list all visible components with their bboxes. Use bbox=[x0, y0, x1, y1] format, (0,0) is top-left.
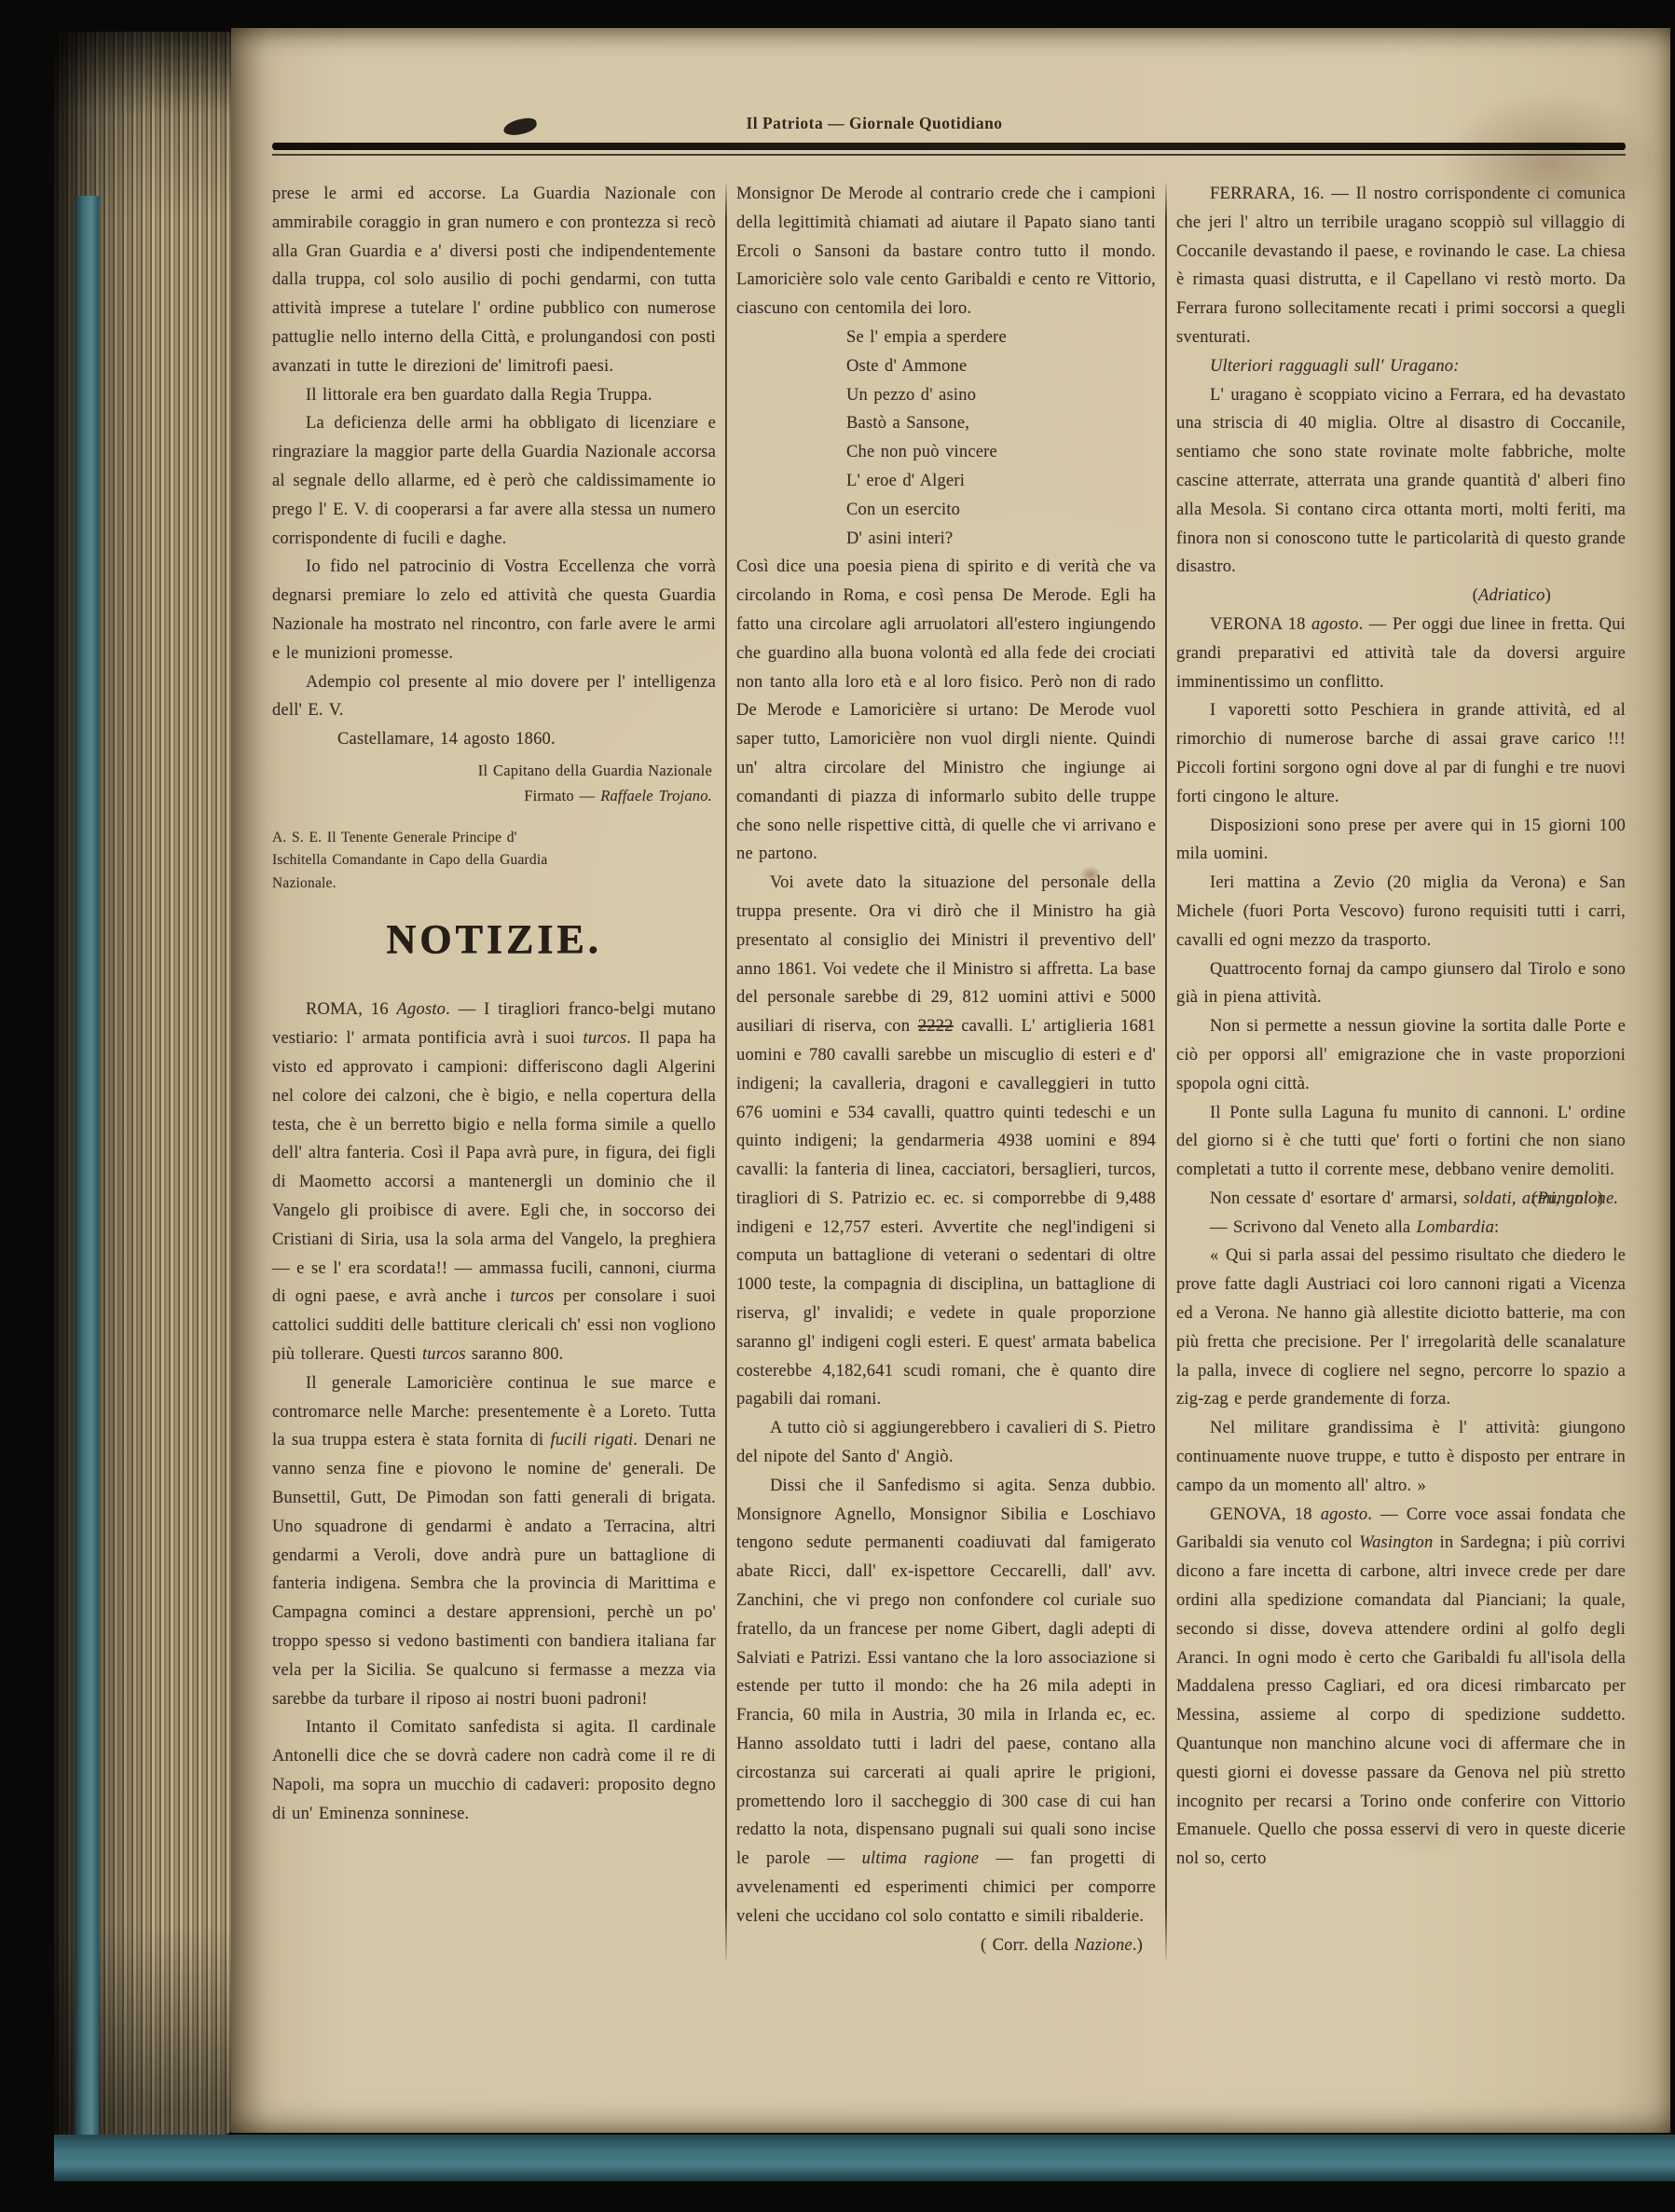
verse-line: D' asini interi? bbox=[846, 525, 1156, 554]
italic-subhead: Ulteriori ragguagli sull' Uragano: bbox=[1176, 352, 1626, 381]
article-paragraph: Nel militare grandissima è l' attività: … bbox=[1176, 1414, 1626, 1500]
article-paragraph: Non cessate d' esortare d' armarsi, sold… bbox=[1176, 1185, 1626, 1214]
italic-text: Lombardia bbox=[1417, 1218, 1494, 1237]
masthead-rule bbox=[272, 143, 1626, 156]
article-paragraph: Intanto il Comitato sanfedista si agita.… bbox=[272, 1713, 716, 1828]
article-paragraph: Così dice una poesia piena di spirito e … bbox=[736, 553, 1156, 869]
article-paragraph: Il Ponte sulla Laguna fu munito di canno… bbox=[1176, 1099, 1626, 1185]
column-right: FERRARA, 16. — Il nostro corrispondente … bbox=[1176, 180, 1626, 1959]
article-paragraph: Quattrocento fornaj da campo giunsero da… bbox=[1176, 955, 1626, 1013]
italic-text: Raffaele Trojano. bbox=[600, 787, 712, 804]
article-paragraph: La deficienza delle armi ha obbligato di… bbox=[272, 409, 716, 553]
column-divider bbox=[1165, 184, 1167, 1959]
italic-text: ultima ragione bbox=[862, 1849, 980, 1868]
italic-text: Adriatico bbox=[1478, 586, 1545, 605]
italic-text: agosto bbox=[1311, 615, 1359, 634]
article-paragraph: GENOVA, 18 agosto. — Corre voce assai fo… bbox=[1176, 1501, 1626, 1874]
italic-text: turcos bbox=[511, 1287, 555, 1306]
book-cover-left-edge bbox=[75, 196, 99, 2163]
article-paragraph: VERONA 18 agosto. — Per oggi due linee i… bbox=[1176, 611, 1626, 696]
source-attribution: (Pungolo) bbox=[1531, 1185, 1603, 1214]
signature-block: Il Capitano della Guardia NazionaleFirma… bbox=[272, 758, 712, 808]
article-paragraph: Dissi che il Sanfedismo si agita. Senza … bbox=[736, 1472, 1156, 1931]
italic-text: agosto bbox=[1321, 1505, 1368, 1524]
article-paragraph: Il littorale era ben guardato dalla Regi… bbox=[272, 381, 716, 410]
article-paragraph: Non si permette a nessun giovine la sort… bbox=[1176, 1012, 1626, 1098]
article-paragraph: Adempio col presente al mio dovere per l… bbox=[272, 668, 716, 726]
article-paragraph: Disposizioni sono prese per avere qui in… bbox=[1176, 812, 1626, 870]
masthead-rule-thin bbox=[272, 154, 1626, 156]
italic-text: Ulteriori ragguagli sull' Uragano: bbox=[1210, 357, 1460, 376]
article-paragraph: A tutto ciò si aggiungerebbero i cavalie… bbox=[736, 1414, 1156, 1472]
signature-line: Firmato — Raffaele Trojano. bbox=[272, 783, 712, 808]
italic-text: fucili rigati bbox=[551, 1431, 634, 1449]
article-paragraph: — Scrivono dal Veneto alla Lombardia: bbox=[1176, 1214, 1626, 1243]
struck-number: 2222 bbox=[918, 1017, 954, 1036]
italic-text: Nazione bbox=[1075, 1936, 1133, 1955]
italic-text: turcos bbox=[422, 1345, 466, 1364]
italic-text: Wasington bbox=[1359, 1533, 1433, 1552]
italic-text: Agosto bbox=[397, 1000, 446, 1019]
masthead-rule-thick bbox=[272, 143, 1626, 150]
signature-line: Il Capitano della Guardia Nazionale bbox=[272, 758, 712, 783]
newspaper-page: Il Patriota — Giornale Quotidiano prese … bbox=[231, 28, 1670, 2133]
verse-line: L' eroe d' Algeri bbox=[846, 467, 1156, 496]
book-cover-bottom-edge bbox=[54, 2135, 1675, 2181]
column-left: prese le armi ed accorse. La Guardia Naz… bbox=[272, 180, 716, 1959]
column-divider bbox=[725, 184, 727, 1959]
source-attribution: (Adriatico) bbox=[1176, 582, 1626, 611]
section-headline: NOTIZIE. bbox=[272, 917, 716, 962]
verse-line: Un pezzo d' asino bbox=[846, 381, 1156, 410]
article-paragraph: Ieri mattina a Zevio (20 miglia da Veron… bbox=[1176, 869, 1626, 955]
verse-line: Oste d' Ammone bbox=[846, 352, 1156, 381]
verse-block: Se l' empia a sperdereOste d' AmmoneUn p… bbox=[846, 323, 1156, 553]
italic-text: Pungolo bbox=[1538, 1189, 1598, 1208]
column-middle: Monsignor De Merode al contrario crede c… bbox=[736, 180, 1156, 1959]
address-note: A. S. E. Il Tenente Generale Principe d'… bbox=[272, 827, 572, 896]
scanned-newspaper-photo: Il Patriota — Giornale Quotidiano prese … bbox=[0, 0, 1675, 2212]
verse-line: Con un esercito bbox=[846, 496, 1156, 525]
article-paragraph: Io fido nel patrocinio di Vostra Eccelle… bbox=[272, 553, 716, 667]
article-paragraph: « Qui si parla assai del pessimo risulta… bbox=[1176, 1242, 1626, 1414]
article-paragraph: Monsignor De Merode al contrario crede c… bbox=[736, 180, 1156, 323]
verse-line: Che non può vincere bbox=[846, 438, 1156, 467]
article-paragraph: Il generale Lamoricière continua le sue … bbox=[272, 1369, 716, 1714]
verse-line: Se l' empia a sperdere bbox=[846, 323, 1156, 352]
article-paragraph: FERRARA, 16. — Il nostro corrispondente … bbox=[1176, 180, 1626, 352]
source-attribution: ( Corr. della Nazione.) bbox=[736, 1931, 1156, 1960]
italic-text: turcos bbox=[584, 1029, 627, 1048]
article-paragraph: I vaporetti sotto Peschiera in grande at… bbox=[1176, 696, 1626, 811]
verse-line: Bastò a Sansone, bbox=[846, 409, 1156, 438]
dateline: Castellamare, 14 agosto 1860. bbox=[272, 725, 716, 754]
running-head-title: Il Patriota — Giornale Quotidiano bbox=[155, 28, 1594, 133]
article-paragraph: prese le armi ed accorse. La Guardia Naz… bbox=[272, 180, 716, 381]
article-paragraph: L' uragano è scoppiato vicino a Ferrara,… bbox=[1176, 381, 1626, 583]
article-paragraph: ROMA, 16 Agosto. — I tiragliori franco-b… bbox=[272, 996, 716, 1368]
article-paragraph: Voi avete dato la situazione del persona… bbox=[736, 869, 1156, 1414]
article-columns: prese le armi ed accorse. La Guardia Naz… bbox=[231, 156, 1670, 1959]
